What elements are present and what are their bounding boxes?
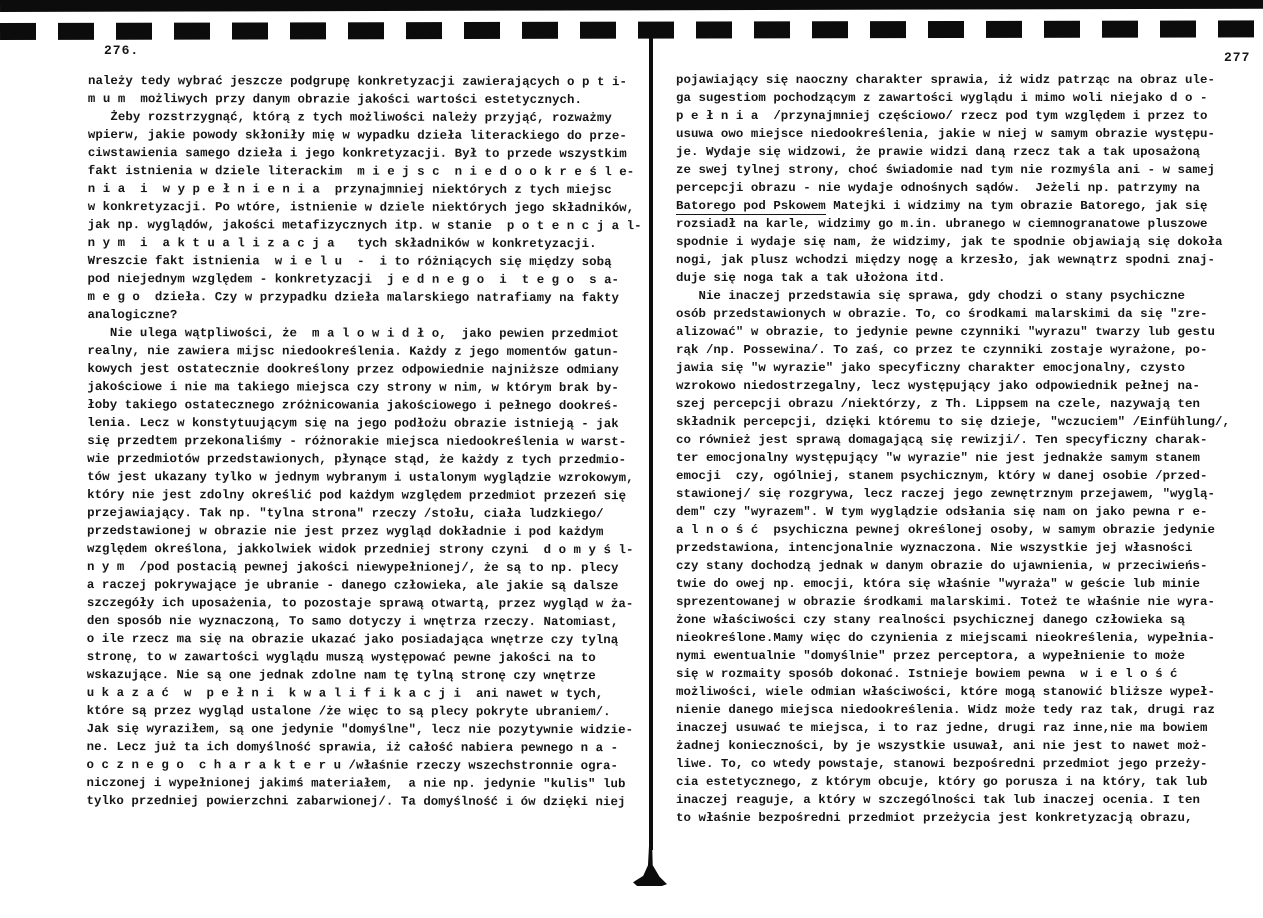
text-line: stronę, to w zawartości wyglądu muszą wy… bbox=[87, 648, 641, 667]
text-line: pojawiający się naoczny charakter sprawi… bbox=[676, 71, 1230, 89]
text-line: usuwa owo miejsce niedookreślenia, jakie… bbox=[676, 125, 1230, 143]
text-line: percepcji obrazu - nie wydaje odnośnych … bbox=[676, 179, 1230, 197]
text-line: przedstawiona, intencjonalnie wyznaczona… bbox=[676, 539, 1230, 557]
page-gutter-line bbox=[649, 26, 653, 850]
text-line: fakt istnienia w dziele literackim m i e… bbox=[88, 162, 642, 181]
text-line: nieokreślone.Mamy więc do czynienia z mi… bbox=[676, 629, 1230, 647]
underlined-painting-title: Batorego pod Pskowem bbox=[676, 199, 826, 215]
text-line: m u m możliwych przy danym obrazie jakoś… bbox=[88, 90, 642, 109]
text-line: analogiczne? bbox=[87, 306, 641, 325]
text-line: dem" czy "wyrazem". W tym wyglądzie odsł… bbox=[676, 503, 1230, 521]
left-page-text-column: należy tedy wybrać jeszcze podgrupę konk… bbox=[86, 72, 641, 811]
text-line: szej percepcji obrazu /niektórzy, z Th. … bbox=[676, 395, 1230, 413]
text-line: składnik percepcji, dzięki któremu to si… bbox=[676, 413, 1230, 431]
text-line: pod niejednym względem - konkretyzacji j… bbox=[88, 270, 642, 289]
text-line: cia estetycznego, z którym obcuje, który… bbox=[676, 773, 1230, 791]
text-line: szczegóły ich uposażenia, to pozostaje s… bbox=[87, 594, 641, 613]
text-line: spodnie i wydaje się nam, że widzimy, ja… bbox=[676, 233, 1230, 251]
text-line: m e g o dzieła. Czy w przypadku dzieła m… bbox=[88, 288, 642, 307]
scan-top-black-bar bbox=[0, 0, 1263, 12]
text-line: co również jest sprawą domagającą się re… bbox=[676, 431, 1230, 449]
text-line: ne. Lecz już ta ich domyślność sprawia, … bbox=[87, 738, 641, 757]
text-line: nymi ewentualnie "domyślnie" przez perce… bbox=[676, 647, 1230, 665]
text-line: a l n o ś ć psychiczna pewnej określonej… bbox=[676, 521, 1230, 539]
text-line: osób przedstawionych w obrazie. To, co ś… bbox=[676, 305, 1230, 323]
text-line: nogi, jak plusz wchodzi między nogę a kr… bbox=[676, 251, 1230, 269]
text-line: den sposób nie wyznaczoną, To samo dotyc… bbox=[87, 612, 641, 631]
text-line: wzrokowo niedostrzegalny, lecz występują… bbox=[676, 377, 1230, 395]
text-line: możliwości, wiele odmian właściwości, kt… bbox=[676, 683, 1230, 701]
gutter-ink-blob bbox=[633, 840, 667, 886]
text-line: w konkretyzacji. Po wtóre, istnienie w d… bbox=[88, 198, 642, 217]
text-line: wpierw, jakie powody skłoniły mię w wypa… bbox=[88, 126, 642, 145]
page-number-right: 277 bbox=[1224, 50, 1250, 65]
text-line: n y m i a k t u a l i z a c j a tych skł… bbox=[88, 234, 642, 253]
text-line: o ile rzecz ma się na obrazie ukazać jak… bbox=[87, 630, 641, 649]
text-line: twie do owej np. emocji, która się właśn… bbox=[676, 575, 1230, 593]
text-line: realny, nie zawiera mijsc niedookreśleni… bbox=[87, 342, 641, 361]
text-line: ciwstawienia samego dzieła i jego konkre… bbox=[88, 144, 642, 163]
text-line: a raczej pokrywające je ubranie - danego… bbox=[87, 576, 641, 595]
text-line: należy tedy wybrać jeszcze podgrupę konk… bbox=[88, 72, 642, 91]
text-line: u k a z a ć w p e ł n i k w a l i f i k … bbox=[87, 684, 641, 703]
text-line: sprezentowanej w obrazie środkami malars… bbox=[676, 593, 1230, 611]
text-line: lenia. Lecz w konstytuującym się na jego… bbox=[87, 414, 641, 433]
text-line: n y m /pod postacią pewnej jakości niewy… bbox=[87, 558, 641, 577]
text-line: się w rozmaity sposób dokonać. Istnieje … bbox=[676, 665, 1230, 683]
text-line: przedstawionej w obrazie nie jest przez … bbox=[87, 522, 641, 541]
text-line: Wreszcie fakt istnienia w i e l u - i to… bbox=[88, 252, 642, 271]
text-line: Żeby rozstrzygnąć, którą z tych możliwoś… bbox=[88, 108, 642, 127]
text-line: liwe. To, co wtedy powstaje, stanowi bez… bbox=[676, 755, 1230, 773]
text-line: przejawiający. Tak np. "tylna strona" rz… bbox=[87, 504, 641, 523]
scanned-book-spread: { "left_page": { "page_number": "276.", … bbox=[0, 0, 1263, 918]
text-line: Jak się wyraziłem, są one jedynie "domyś… bbox=[87, 720, 641, 739]
text-line: niczonej i wypełnionej jakimś materiałem… bbox=[86, 774, 640, 793]
text-line: względem określona, jakkolwiek widok prz… bbox=[87, 540, 641, 559]
text-line: p e ł n i a /przynajmniej częściowo/ rze… bbox=[676, 107, 1230, 125]
text-line: który nie jest zdolny określić pod każdy… bbox=[87, 486, 641, 505]
text-line: n i a i w y p e ł n i e n i a przynajmni… bbox=[88, 180, 642, 199]
text-line: jawia się "w wyrazie" jako specyficzny c… bbox=[676, 359, 1230, 377]
right-page-text-column: pojawiający się naoczny charakter sprawi… bbox=[676, 71, 1230, 827]
text-line: żadnej konieczności, by je wszystkie usu… bbox=[676, 737, 1230, 755]
text-line: o c z n e g o c h a r a k t e r u /właśn… bbox=[87, 756, 641, 775]
text-line: jakościowe i nie ma takiego miejsca czy … bbox=[87, 378, 641, 397]
text-line: duje się noga tak a tak ułożona itd. bbox=[676, 269, 1230, 287]
text-line: nienie danego miejsca niedookreślenia. W… bbox=[676, 701, 1230, 719]
text-line: Nie inaczej przedstawia się sprawa, gdy … bbox=[676, 287, 1230, 305]
text-line: inaczej usuwać te miejsca, i to raz jedn… bbox=[676, 719, 1230, 737]
text-line: rąk /np. Possewina/. To zaś, co przez te… bbox=[676, 341, 1230, 359]
text-line: to właśnie bezpośredni przedmiot przeżyc… bbox=[676, 809, 1230, 827]
text-line: jak np. wyglądów, jakości metafizycznych… bbox=[88, 216, 642, 235]
text-line: ter emocjonalny występujący "w wyrazie" … bbox=[676, 449, 1230, 467]
text-line: wie przedmiotów przedstawionych, płynące… bbox=[87, 450, 641, 469]
text-line: kowych jest ostatecznie dookreślony prze… bbox=[87, 360, 641, 379]
text-line: ze swej tylnej strony, choć świadomie na… bbox=[676, 161, 1230, 179]
text-line: je. Wydaje się widzowi, że prawie widzi … bbox=[676, 143, 1230, 161]
text-line: rozsiadł na karle, widzimy go m.in. ubra… bbox=[676, 215, 1230, 233]
text-line: które są przez wygląd ustalone /że więc … bbox=[87, 702, 641, 721]
text-line: czy stany dochodzą jednak w danym obrazi… bbox=[676, 557, 1230, 575]
text-line: się przedtem przekonaliśmy - różnorakie … bbox=[87, 432, 641, 451]
text-line: ga sugestiom pochodzącym z zawartości wy… bbox=[676, 89, 1230, 107]
text-line: stawionej/ się rozgrywa, lecz raczej jeg… bbox=[676, 485, 1230, 503]
text-line: żone właściwości czy stany realności psy… bbox=[676, 611, 1230, 629]
page-number-left: 276. bbox=[104, 43, 139, 58]
text-line: Nie ulega wątpliwości, że m a l o w i d … bbox=[87, 324, 641, 343]
text-line: alizować" w obrazie, to jedynie pewne cz… bbox=[676, 323, 1230, 341]
text-line: inaczej reaguje, a który w szczególności… bbox=[676, 791, 1230, 809]
text-line: Batorego pod Pskowem Matejki i widzimy n… bbox=[676, 197, 1230, 215]
text-line: tów jest ukazany tylko w jednym wybranym… bbox=[87, 468, 641, 487]
scan-perforation-strip bbox=[0, 20, 1263, 40]
text-line: tylko przedniej powierzchni zabarwionej/… bbox=[86, 792, 640, 811]
text-line: emocji czy, ogólniej, stanem psychicznym… bbox=[676, 467, 1230, 485]
text-line: wskazujące. Nie są one jednak zdolne nam… bbox=[87, 666, 641, 685]
text-line: łoby takiego ostatecznego zróżnicowania … bbox=[87, 396, 641, 415]
